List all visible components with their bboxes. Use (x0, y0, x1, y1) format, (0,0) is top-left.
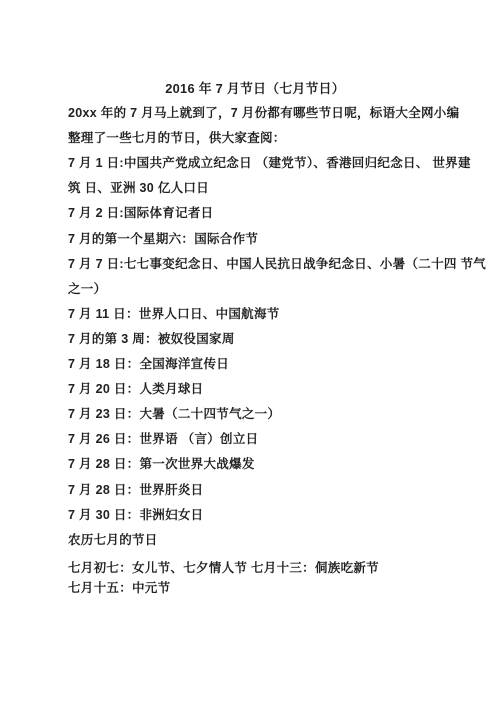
document-title: 2016 年 7 月节日（七月节日） (68, 76, 442, 101)
text-line: 整理了一些七月的节日，供大家查阅： (68, 126, 442, 151)
text-line: 20xx 年的 7 月马上就到了，7 月份都有哪些节日呢，标语大全网小编 (68, 101, 442, 126)
text-line: 七月十五：中元节 (68, 578, 442, 598)
text-line: 农历七月的节日 (68, 528, 442, 553)
text-line: 7 月 18 日：全国海洋宣传日 (68, 352, 442, 377)
text-line: 7 月 1 日:中国共产党成立纪念日 （建党节）、香港回归纪念日、 世界建 (68, 151, 442, 176)
text-line: 7 月 28 日：世界肝炎日 (68, 478, 442, 503)
text-line: 7 月 28 日：第一次世界大战爆发 (68, 452, 442, 477)
text-line: 7 月 23 日：大暑（二十四节气之一） (68, 402, 442, 427)
text-line: 7 月 7 日:七七事变纪念日、中国人民抗日战争纪念日、小暑（二十四 节气 (68, 252, 442, 277)
text-line: 7 月的第 3 周：被奴役国家周 (68, 327, 442, 352)
document-page: 2016 年 7 月节日（七月节日） 20xx 年的 7 月马上就到了，7 月份… (0, 0, 500, 708)
text-line: 7 月的第一个星期六：国际合作节 (68, 227, 442, 252)
text-line: 7 月 11 日：世界人口日、中国航海节 (68, 302, 442, 327)
text-line: 7 月 26 日：世界语 （言）创立日 (68, 427, 442, 452)
text-line: 7 月 20 日：人类月球日 (68, 377, 442, 402)
text-line: 筑 日、亚洲 30 亿人口日 (68, 176, 442, 201)
document-body: 20xx 年的 7 月马上就到了，7 月份都有哪些节日呢，标语大全网小编整理了一… (68, 101, 442, 598)
text-line: 之一） (68, 277, 442, 302)
text-line: 7 月 2 日:国际体育记者日 (68, 201, 442, 226)
text-line: 七月初七：女儿节、七夕情人节 七月十三：侗族吃新节 (68, 558, 442, 578)
text-line: 7 月 30 日：非洲妇女日 (68, 503, 442, 528)
